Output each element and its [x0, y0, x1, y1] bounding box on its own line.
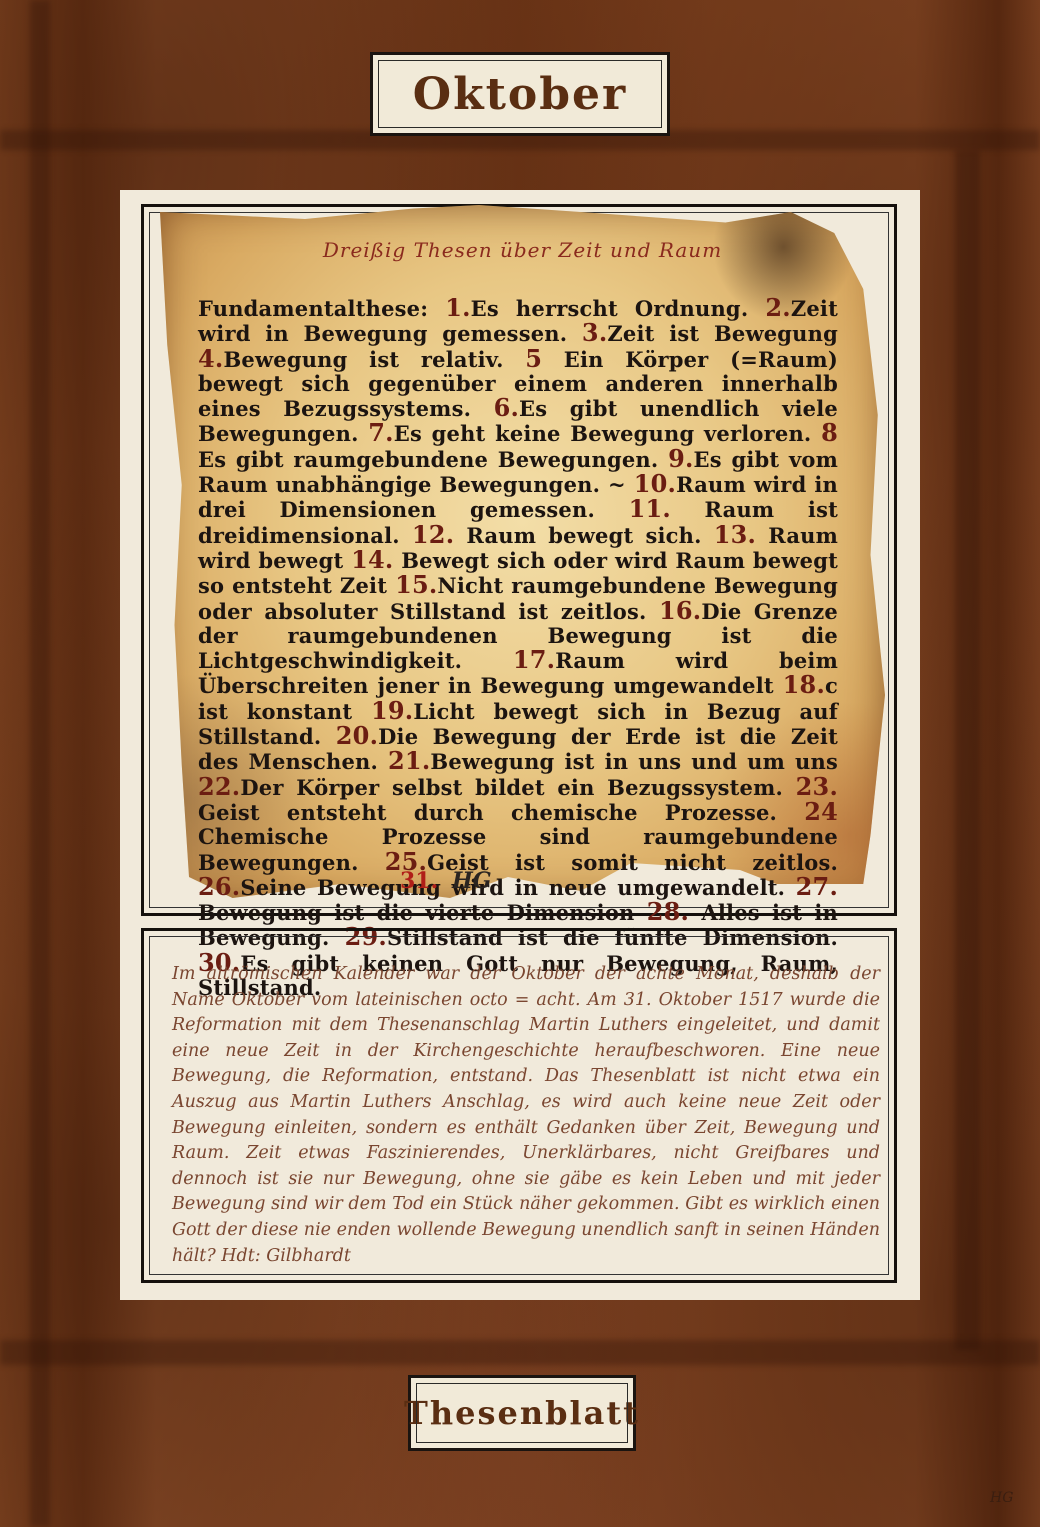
thesis-number: 20. [336, 721, 378, 750]
handwritten-note: Im altrömischen Kalender war der Oktober… [172, 962, 880, 1269]
thesis-number: 14. [351, 545, 393, 574]
footer-label: Thesenblatt [411, 1378, 633, 1448]
thesis-text: Geist entsteht durch chemische Prozesse. [198, 800, 777, 825]
wash-streak [30, 0, 50, 1527]
thesis-number: 12. [412, 520, 454, 549]
thesis-number: 16. [659, 596, 701, 625]
thesis-number: 15. [395, 570, 437, 599]
thesis-number: 21. [388, 746, 430, 775]
thesis-number: 26. [198, 872, 240, 901]
thesis-number: 1. [445, 293, 470, 322]
thesis-number: 4. [198, 344, 223, 373]
theses-title: Dreißig Thesen über Zeit und Raum [160, 238, 885, 262]
thesis-number: 8 [821, 418, 838, 447]
thesis-text: Der Körper selbst bildet ein Bezugssyste… [240, 775, 783, 800]
thesis-text: Es geht keine Bewegung verloren. [394, 421, 812, 446]
thesis-number: 3. [582, 318, 607, 347]
thesis-number: 11. [629, 494, 671, 523]
header-label: Oktober [373, 55, 667, 133]
wash-streak [0, 1340, 1040, 1365]
thesis-number: 17. [513, 645, 555, 674]
thesis-number: 24 [804, 797, 838, 826]
thesis-text: Raum bewegt sich. [466, 523, 701, 548]
thesis-text: Bewegung ist in uns und um uns [430, 749, 838, 774]
monogram: HG [452, 868, 492, 894]
wash-streak [955, 150, 980, 1350]
thesis-number: 2. [765, 293, 790, 322]
header-label-box: Oktober [370, 52, 670, 136]
thesis-text: Bewegung ist relativ. [223, 347, 503, 372]
signature-number: 31. [400, 868, 438, 894]
thesis-text: Es gibt raumgebundene Bewegungen. [198, 447, 658, 472]
thesis-number: 22. [198, 772, 240, 801]
theses-intro: Fundamentalthese: [198, 296, 428, 321]
footer-label-box: Thesenblatt [408, 1375, 636, 1451]
thesis-text: Es herrscht Ordnung. [471, 296, 749, 321]
thesis-text: Seine Bewegung wird in neue umgewandelt. [240, 875, 785, 900]
thesis-number: 6. [494, 393, 519, 422]
thesis-number: 28. [647, 897, 689, 926]
thesis-number: 13. [714, 520, 756, 549]
signature: 31. HG [400, 868, 492, 894]
thesis-text: Bewegung ist die vierte Dimension [198, 900, 635, 925]
theses-body: Fundamentalthese: 1.Es herrscht Ordnung.… [198, 296, 838, 1000]
thesis-number: 5 [525, 344, 542, 373]
thesis-number: 27. [796, 872, 838, 901]
thesis-number: 18. [783, 670, 825, 699]
corner-initials: HG [990, 1490, 1013, 1506]
thesis-number: 7. [368, 418, 393, 447]
thesis-text: Zeit ist Bewegung [607, 321, 838, 346]
